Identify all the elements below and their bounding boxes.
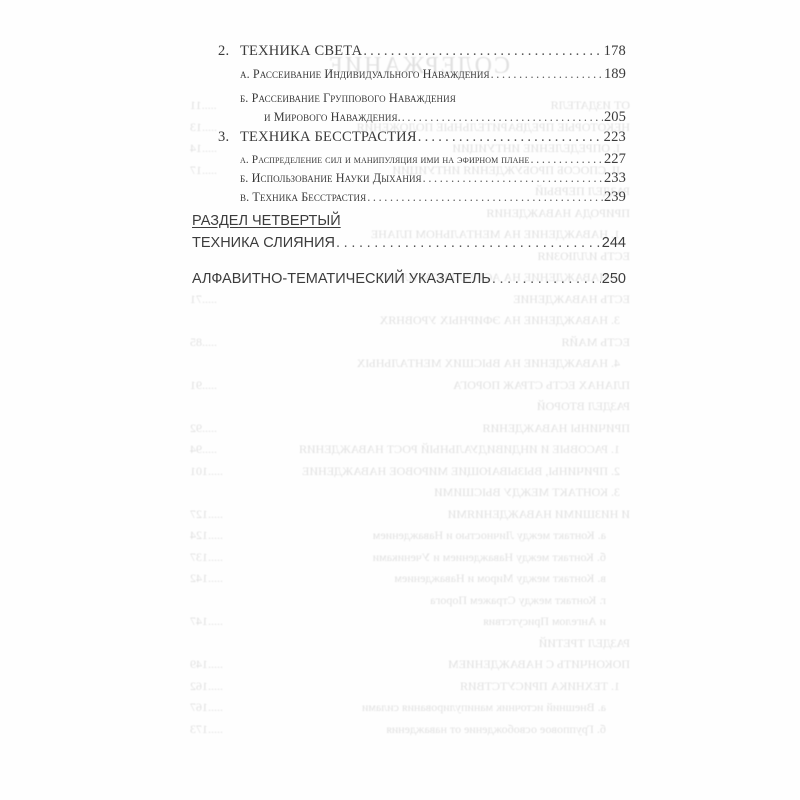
- toc-entry[interactable]: 3. ТЕХНИКА БЕССТРАСТИЯ 223: [218, 129, 626, 146]
- section-heading: РАЗДЕЛ ЧЕТВЕРТЫЙ: [192, 213, 341, 229]
- toc-entry-page: 227: [604, 151, 626, 168]
- dot-leader: [491, 67, 603, 82]
- dot-leader: [336, 235, 601, 251]
- toc-entry[interactable]: 2. ТЕХНИКА СВЕТА 178: [218, 43, 626, 60]
- toc-entry-page: 223: [604, 129, 626, 146]
- toc-entry-continuation[interactable]: и Мирового Наваждения. 205: [264, 109, 626, 126]
- dot-leader: [492, 271, 601, 287]
- toc-entry-page: 250: [602, 271, 626, 287]
- toc-entry-number: 3.: [218, 129, 229, 146]
- toc-entry[interactable]: а. Рассеивание Индивидуального Наваждени…: [240, 66, 626, 83]
- toc-entry[interactable]: б. Использование Науки Дыхания 233: [240, 170, 626, 187]
- toc-entry-label: и Мирового Наваждения.: [264, 110, 401, 125]
- toc-entry-label: ТЕХНИКА СЛИЯНИЯ: [192, 235, 335, 251]
- toc-entry-page: 205: [604, 109, 626, 126]
- toc-entry-page: 239: [604, 189, 626, 206]
- dot-leader: [363, 43, 602, 60]
- toc-entry-index[interactable]: АЛФАВИТНО-ТЕМАТИЧЕСКИЙ УКАЗАТЕЛЬ 250: [192, 271, 626, 287]
- toc-entry[interactable]: а. Распределение сил и манипуляция ими н…: [240, 151, 626, 168]
- toc-entry-label: ТЕХНИКА БЕССТРАСТИЯ: [240, 129, 417, 146]
- dot-leader: [402, 110, 603, 125]
- toc-entry-label: в. Техника Бесстрастия: [240, 190, 366, 205]
- toc-entry[interactable]: ТЕХНИКА СЛИЯНИЯ 244: [192, 235, 626, 251]
- toc-entry-number: 2.: [218, 43, 229, 60]
- dot-leader: [418, 129, 603, 146]
- dot-leader: [367, 190, 603, 205]
- toc-entry-label: ТЕХНИКА СВЕТА: [240, 43, 362, 60]
- toc-entry-label: б. Рассеивание Группового Наваждения: [240, 91, 456, 106]
- toc-entry-page: 244: [602, 235, 626, 251]
- toc-entry-page: 189: [604, 66, 626, 83]
- toc-entry[interactable]: в. Техника Бесстрастия 239: [240, 189, 626, 206]
- dot-leader: [423, 171, 603, 186]
- toc-entry-label: АЛФАВИТНО-ТЕМАТИЧЕСКИЙ УКАЗАТЕЛЬ: [192, 271, 491, 287]
- toc-entry-page: 233: [604, 170, 626, 187]
- toc-entry-label: а. Рассеивание Индивидуального Наваждени…: [240, 67, 490, 82]
- toc-entry[interactable]: б. Рассеивание Группового Наваждения: [240, 91, 456, 106]
- table-of-contents: 2. ТЕХНИКА СВЕТА 178 а. Рассеивание Инди…: [0, 0, 800, 800]
- toc-entry-label: б. Использование Науки Дыхания: [240, 171, 422, 186]
- book-page: СОДЕРЖАНИЕ ОТ ИЗДАТЕЛЯ.....11НЕКОТОРЫЕ П…: [0, 0, 800, 800]
- toc-entry-label: а. Распределение сил и манипуляция ими н…: [240, 154, 529, 166]
- toc-entry-page: 178: [604, 43, 626, 60]
- dot-leader: [530, 152, 603, 167]
